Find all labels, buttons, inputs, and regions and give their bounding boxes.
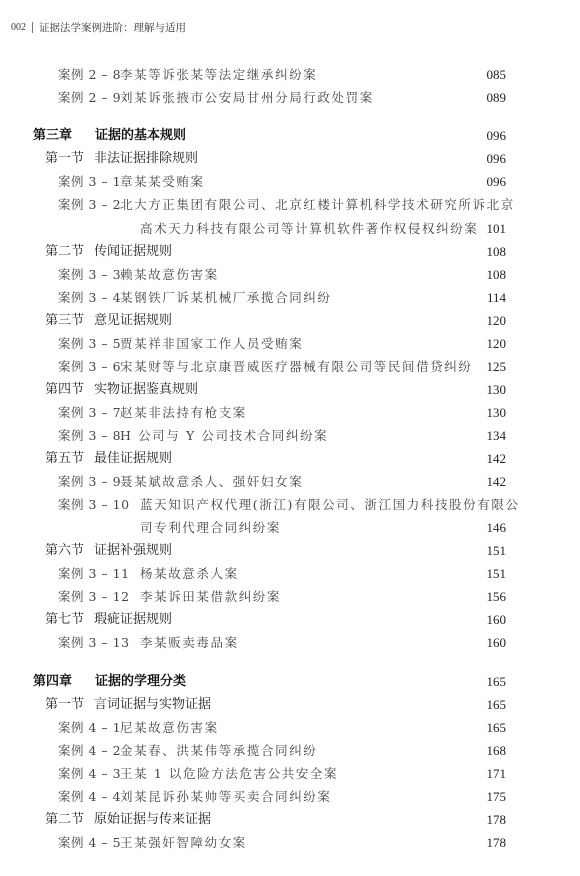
entry-title: 证据补强规则 [94,540,172,562]
toc-entry-section[interactable]: 第一节非法证据排除规则096 [0,148,580,170]
entry-title: 尼某故意伤害案 [120,717,219,739]
entry-title: 王某强奸智障幼女案 [120,832,247,854]
entry-title: 赵某非法持有枪支案 [120,402,247,424]
entry-title: 证据的学理分类 [95,671,186,693]
toc-entry-section[interactable]: 第一节言词证据与实物证据165 [0,694,580,716]
header-divider [32,22,33,33]
toc-entry-section[interactable]: 第四节实物证据鉴真规则130 [0,379,580,401]
entry-page-number: 101 [487,218,507,240]
toc-entry-section[interactable]: 第五节最佳证据规则142 [0,448,580,470]
entry-title: 聂某斌故意杀人、强奸妇女案 [120,471,303,493]
entry-page-number: 165 [487,717,507,739]
toc-entry-case[interactable]: 案例 4 – 1尼某故意伤害案165 [0,717,580,739]
entry-label: 第四章 [33,671,72,693]
entry-title: 刘某昆诉孙某帅等买卖合同纠纷案 [120,786,332,808]
toc-entry-section[interactable]: 第三节意见证据规则120 [0,310,580,332]
entry-title: 最佳证据规则 [94,448,172,470]
toc-entry-case[interactable]: 案例 3 – 1章某某受贿案096 [0,171,580,193]
entry-page-number: 096 [487,125,507,147]
entry-title: 章某某受贿案 [120,171,205,193]
entry-title: 意见证据规则 [94,310,172,332]
toc-entry-case[interactable]: 案例 3 – 7赵某非法持有枪支案130 [0,402,580,424]
entry-page-number: 168 [487,740,507,762]
entry-page-number: 096 [487,148,507,170]
toc-entry-section[interactable]: 第二节原始证据与传来证据178 [0,809,580,831]
entry-page-number: 151 [487,563,507,585]
entry-page-number: 108 [487,264,507,286]
entry-label: 案例 4 – 5 [58,832,121,854]
entry-label: 案例 3 – 12 [58,586,130,608]
entry-title: 瑕疵证据规则 [94,609,172,631]
entry-label: 案例 3 – 6 [58,356,121,378]
toc-entry-case[interactable]: 案例 4 – 5王某强奸智障幼女案178 [0,832,580,854]
entry-title: H 公司与 Y 公司技术合同纠纷案 [120,425,328,447]
entry-label: 第一节 [45,148,84,170]
entry-page-number: 160 [487,609,507,631]
toc-entry-case[interactable]: 案例 3 – 2北大方正集团有限公司、北京红楼计算机科学技术研究所诉北京 [0,194,580,216]
toc-entry-case[interactable]: 案例 3 – 9聂某斌故意杀人、强奸妇女案142 [0,471,580,493]
entry-page-number: 156 [487,586,507,608]
entry-title: 金某春、洪某伟等承揽合同纠纷 [120,740,317,762]
toc-entry-cont[interactable]: 高术天力科技有限公司等计算机软件著作权侵权纠纷案101 [0,218,580,240]
toc-entry-case[interactable]: 案例 3 – 6宋某财等与北京康晋威医疗器械有限公司等民间借贷纠纷125 [0,356,580,378]
toc-entry-case[interactable]: 案例 3 – 11杨某故意杀人案151 [0,563,580,585]
entry-label: 第七节 [45,609,84,631]
toc-entry-section[interactable]: 第二节传闻证据规则108 [0,241,580,263]
entry-page-number: 171 [487,763,507,785]
entry-title: 李某等诉张某等法定继承纠纷案 [120,64,317,86]
entry-title: 非法证据排除规则 [94,148,198,170]
entry-label: 第六节 [45,540,84,562]
toc-entry-case[interactable]: 案例 2 – 8李某等诉张某等法定继承纠纷案085 [0,64,580,86]
entry-title: 宋某财等与北京康晋威医疗器械有限公司等民间借贷纠纷 [120,356,473,378]
entry-label: 第三节 [45,310,84,332]
entry-title: 高术天力科技有限公司等计算机软件著作权侵权纠纷案 [140,218,478,240]
toc-entry-case[interactable]: 案例 3 – 12李某诉田某借款纠纷案156 [0,586,580,608]
entry-page-number: 120 [487,310,507,332]
entry-title: 北大方正集团有限公司、北京红楼计算机科学技术研究所诉北京 [120,194,515,216]
entry-page-number: 089 [487,87,507,109]
entry-page-number: 142 [487,471,507,493]
entry-title: 杨某故意杀人案 [140,563,239,585]
entry-label: 案例 4 – 1 [58,717,121,739]
entry-title: 李某贩卖毒品案 [140,632,239,654]
entry-title: 某钢铁厂诉某机械厂承揽合同纠纷 [120,287,332,309]
toc-entry-chapter[interactable]: 第四章证据的学理分类165 [0,671,580,693]
entry-page-number: 165 [487,694,507,716]
entry-page-number: 142 [487,448,507,470]
entry-title: 原始证据与传来证据 [94,809,211,831]
entry-page-number: 178 [487,832,507,854]
entry-label: 案例 3 – 7 [58,402,121,424]
book-title: 证据法学案例进阶：理解与适用 [39,20,186,35]
entry-label: 第三章 [33,125,72,147]
entry-title: 传闻证据规则 [94,241,172,263]
entry-page-number: 125 [487,356,507,378]
entry-page-number: 175 [487,786,507,808]
toc-entry-chapter[interactable]: 第三章证据的基本规则096 [0,125,580,147]
entry-page-number: 130 [487,402,507,424]
entry-label: 案例 3 – 3 [58,264,121,286]
toc-entry-case[interactable]: 案例 3 – 3赖某故意伤害案108 [0,264,580,286]
entry-label: 案例 3 – 13 [58,632,130,654]
entry-label: 第二节 [45,809,84,831]
entry-label: 第五节 [45,448,84,470]
toc-entry-case[interactable]: 案例 3 – 10蓝天知识产权代理(浙江)有限公司、浙江国力科技股份有限公 [0,494,580,516]
entry-page-number: 120 [487,333,507,355]
toc-entry-case[interactable]: 案例 2 – 9刘某诉张掖市公安局甘州分局行政处罚案089 [0,87,580,109]
entry-title: 赖某故意伤害案 [120,264,219,286]
entry-label: 案例 2 – 8 [58,64,121,86]
entry-label: 案例 4 – 3 [58,763,121,785]
toc-entry-cont[interactable]: 司专利代理合同纠纷案146 [0,517,580,539]
entry-label: 案例 4 – 2 [58,740,121,762]
entry-label: 案例 3 – 4 [58,287,121,309]
entry-page-number: 108 [487,241,507,263]
running-head: 002 证据法学案例进阶：理解与适用 [11,20,186,35]
entry-title: 蓝天知识产权代理(浙江)有限公司、浙江国力科技股份有限公 [140,494,520,516]
entry-label: 第四节 [45,379,84,401]
toc-entry-case[interactable]: 案例 3 – 8H 公司与 Y 公司技术合同纠纷案134 [0,425,580,447]
toc-entry-case[interactable]: 案例 4 – 3王某 1 以危险方法危害公共安全案171 [0,763,580,785]
entry-label: 案例 4 – 4 [58,786,121,808]
toc-entry-section[interactable]: 第七节瑕疵证据规则160 [0,609,580,631]
toc-entry-case[interactable]: 案例 4 – 4刘某昆诉孙某帅等买卖合同纠纷案175 [0,786,580,808]
entry-title: 李某诉田某借款纠纷案 [140,586,281,608]
entry-label: 案例 3 – 10 [58,494,130,516]
entry-page-number: 114 [487,287,506,309]
entry-page-number: 096 [487,171,507,193]
entry-page-number: 146 [487,517,507,539]
entry-label: 案例 3 – 11 [58,563,130,585]
entry-title: 言词证据与实物证据 [94,694,211,716]
entry-title: 证据的基本规则 [95,125,186,147]
toc-entry-section[interactable]: 第六节证据补强规则151 [0,540,580,562]
entry-page-number: 165 [487,671,507,693]
entry-title: 王某 1 以危险方法危害公共安全案 [120,763,338,785]
entry-title: 实物证据鉴真规则 [94,379,198,401]
entry-label: 第一节 [45,694,84,716]
entry-label: 案例 3 – 9 [58,471,121,493]
toc-entry-case[interactable]: 案例 3 – 4某钢铁厂诉某机械厂承揽合同纠纷114 [0,287,580,309]
entry-label: 第二节 [45,241,84,263]
entry-title: 司专利代理合同纠纷案 [140,517,281,539]
entry-title: 刘某诉张掖市公安局甘州分局行政处罚案 [120,87,374,109]
entry-label: 案例 3 – 1 [58,171,121,193]
entry-page-number: 178 [487,809,507,831]
entry-page-number: 134 [487,425,507,447]
entry-page-number: 085 [487,64,507,86]
entry-page-number: 151 [487,540,507,562]
toc-entry-case[interactable]: 案例 3 – 13李某贩卖毒品案160 [0,632,580,654]
entry-page-number: 160 [487,632,507,654]
page-number: 002 [11,22,26,33]
entry-page-number: 130 [487,379,507,401]
toc-entry-case[interactable]: 案例 3 – 5贾某祥非国家工作人员受贿案120 [0,333,580,355]
entry-label: 案例 3 – 2 [58,194,121,216]
toc-entry-case[interactable]: 案例 4 – 2金某春、洪某伟等承揽合同纠纷168 [0,740,580,762]
entry-label: 案例 3 – 8 [58,425,121,447]
entry-label: 案例 2 – 9 [58,87,121,109]
entry-title: 贾某祥非国家工作人员受贿案 [120,333,303,355]
entry-label: 案例 3 – 5 [58,333,121,355]
